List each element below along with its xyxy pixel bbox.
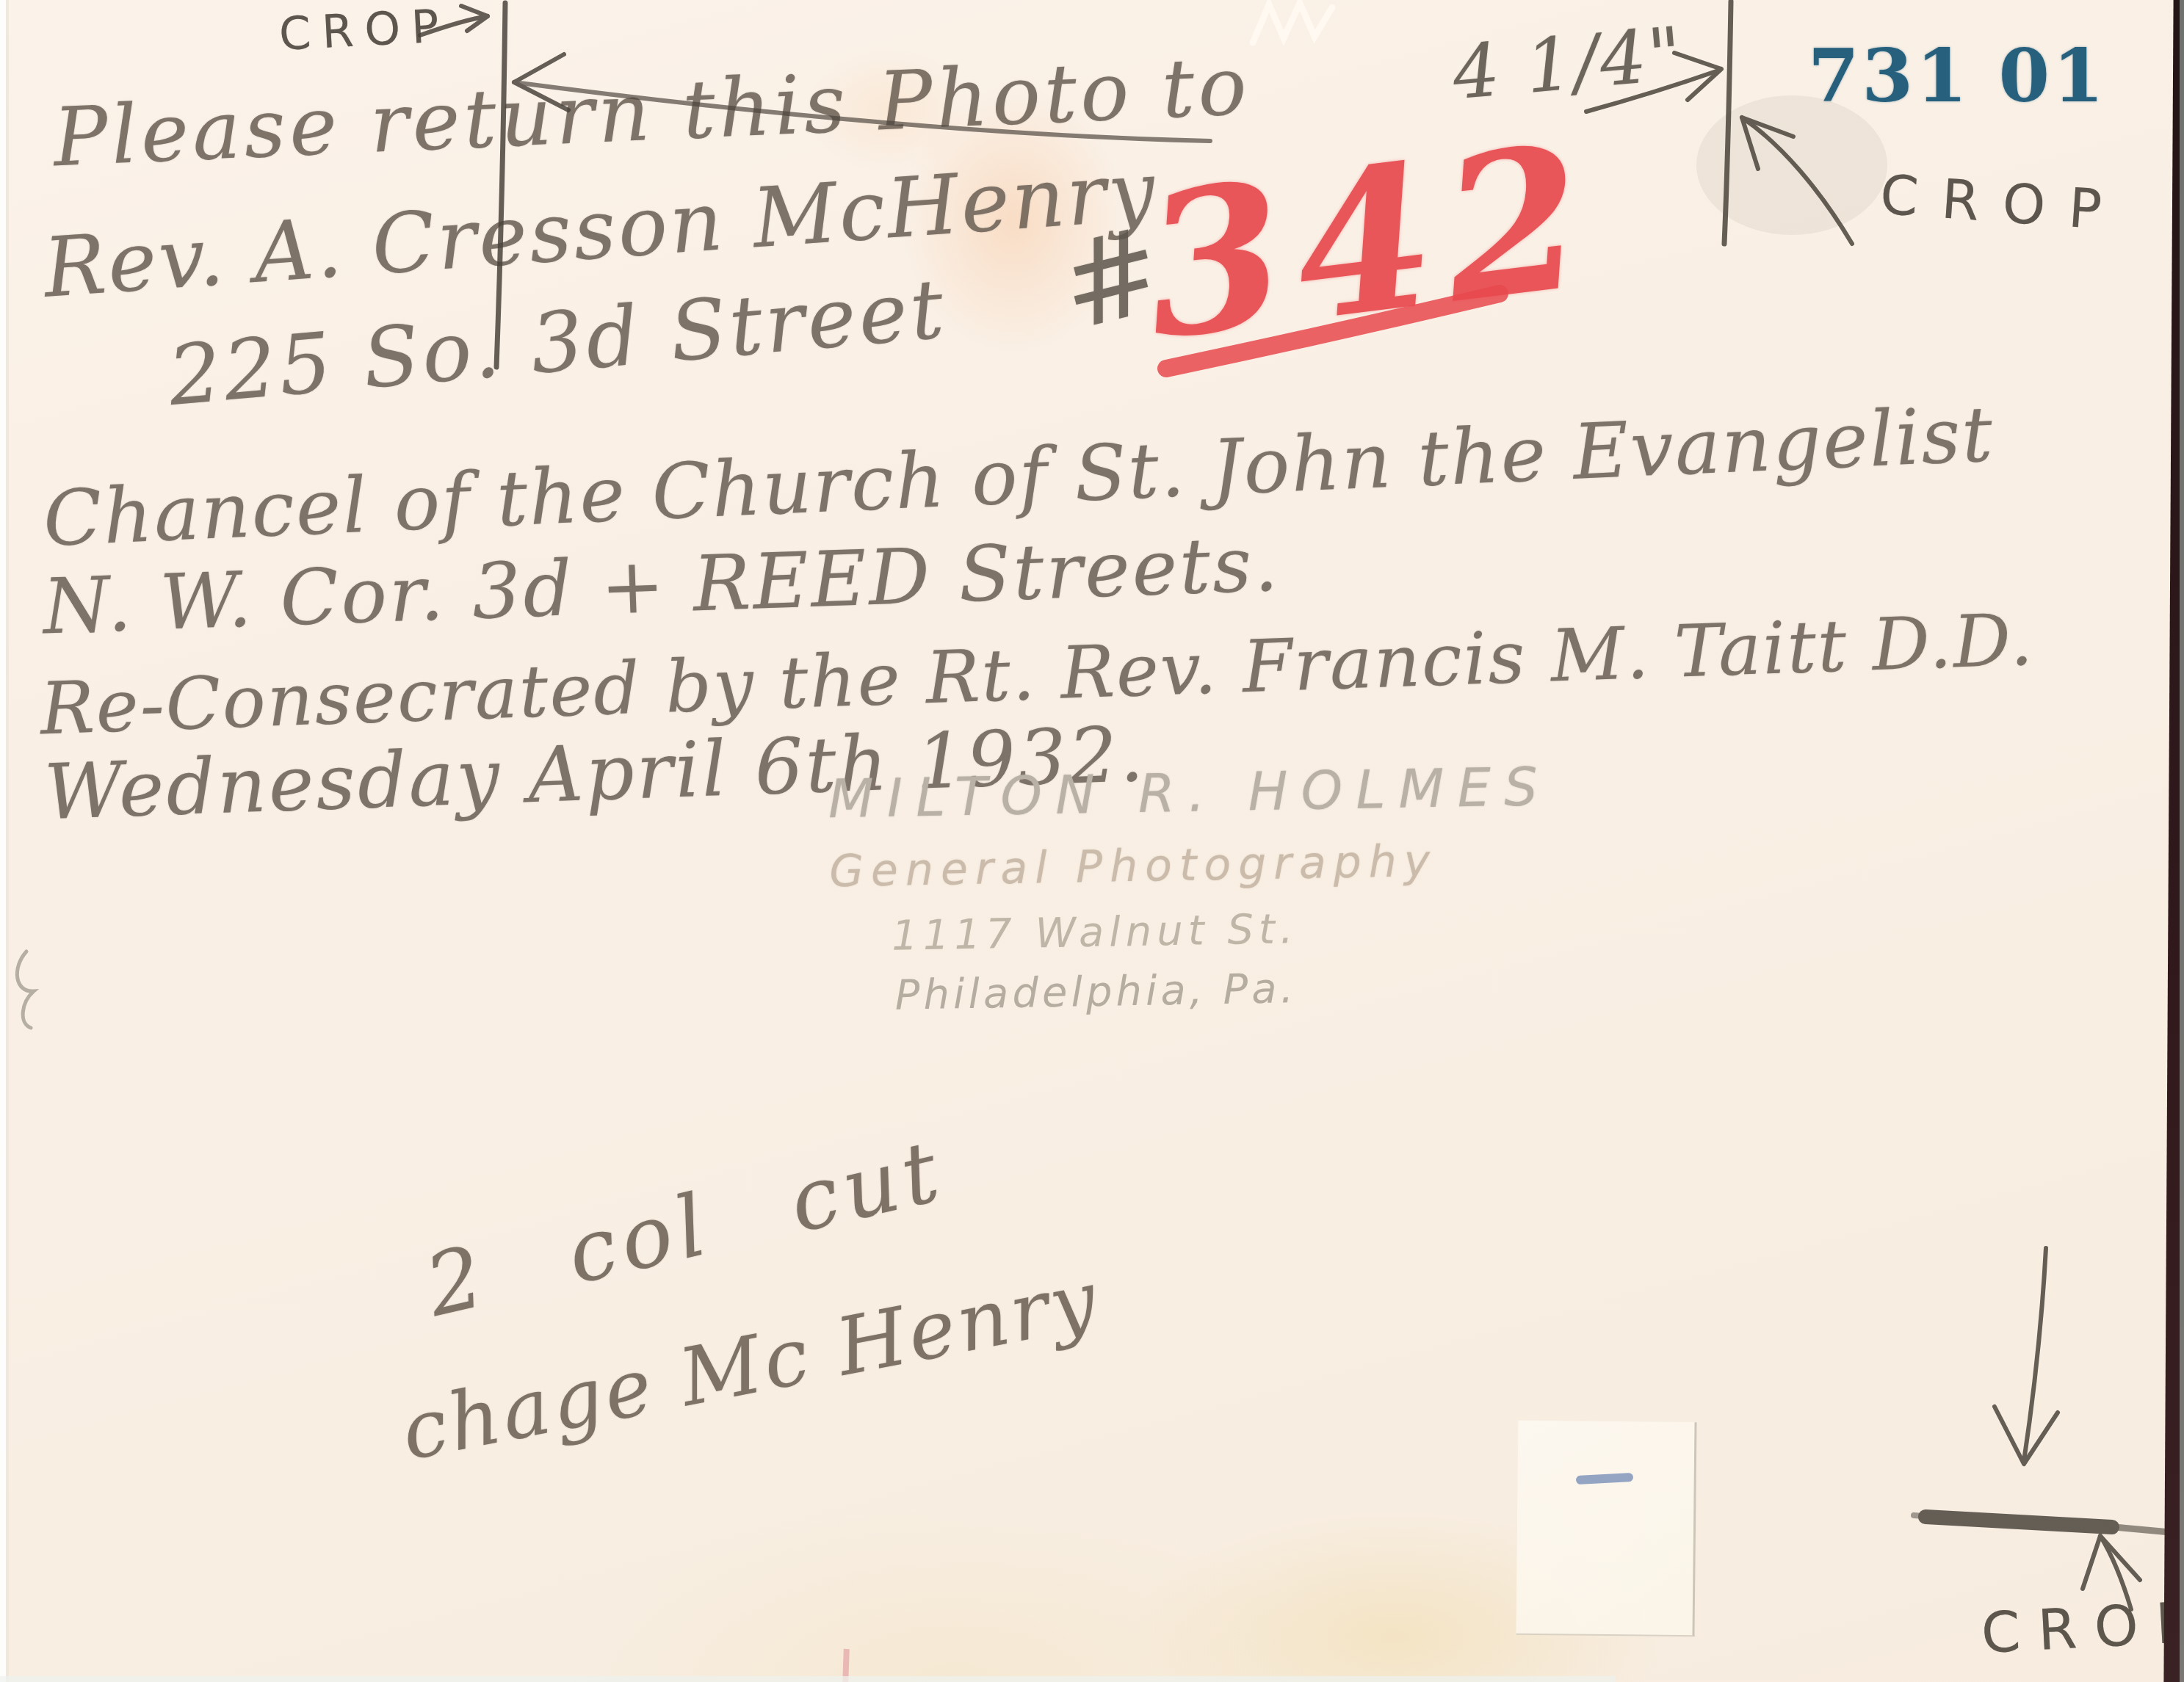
bottom-down-arrow-tail [2024, 1248, 2046, 1461]
top-edge-scuff [1253, 3, 1332, 43]
scan-edge-right [2180, 0, 2184, 1682]
photo-back-paper: Please return this Photo to Rev. A. Cres… [0, 0, 2184, 1682]
red-underline [1166, 294, 1500, 369]
scan-edge-bottom [0, 1676, 1616, 1682]
pencil-annotation-marks [0, 0, 2184, 1682]
measure-line-left [514, 82, 1210, 141]
bottom-crop-line [1926, 1517, 2112, 1527]
bottom-up-arrow-tail [2100, 1536, 2131, 1609]
left-crop-line [496, 3, 505, 367]
pencil-smudge [1696, 95, 1887, 235]
left-edge-scribble [17, 951, 34, 1028]
bottom-up-arrow-head [2083, 1536, 2140, 1589]
scanned-photo-verso: { "note": { "line1": "Please return this… [0, 0, 2184, 1682]
scan-edge-left [0, 0, 10, 1682]
